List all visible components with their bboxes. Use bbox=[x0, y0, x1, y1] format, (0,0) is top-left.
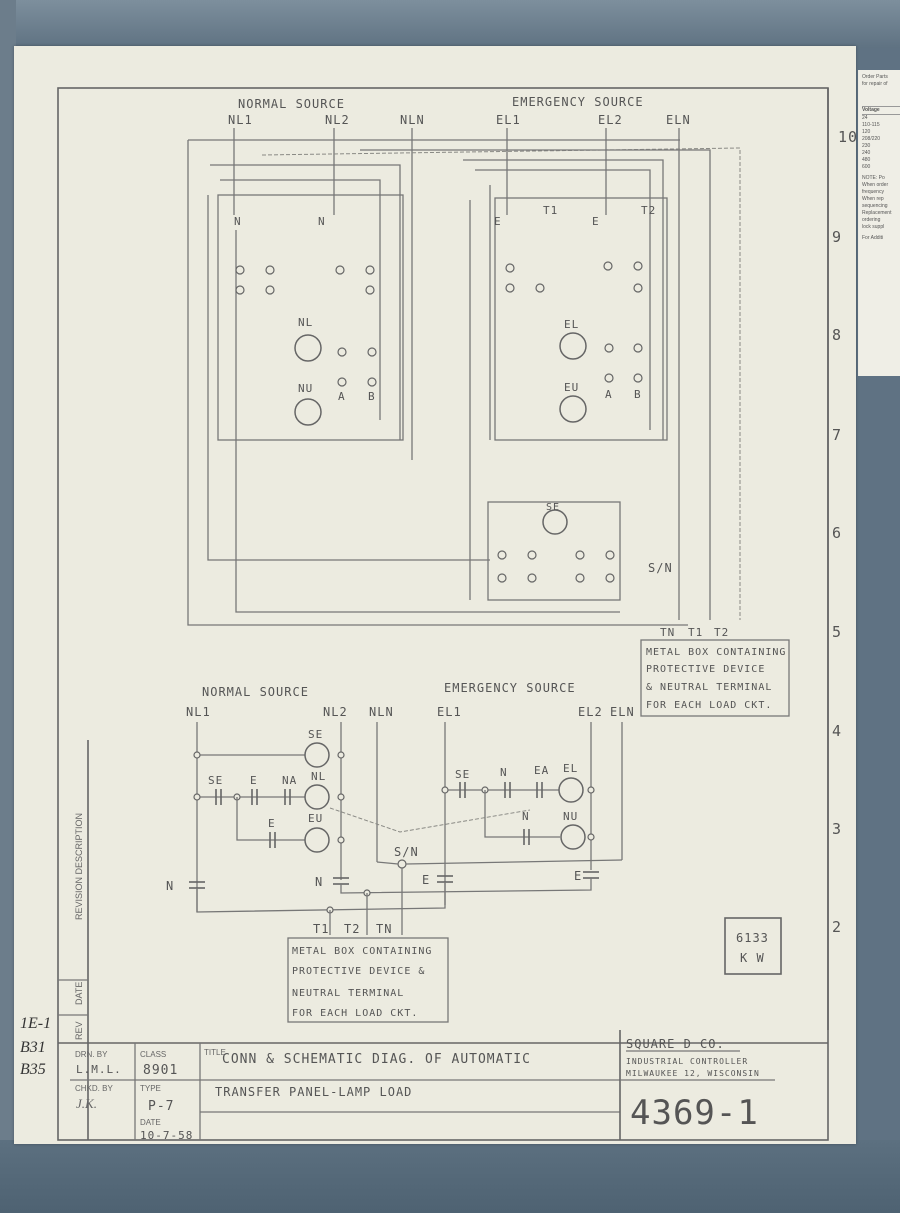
diagram-label: EA bbox=[534, 764, 549, 777]
diagram-label: EU bbox=[308, 812, 323, 825]
diagram-label: MILWAUKEE 12, WISCONSIN bbox=[626, 1069, 760, 1078]
diagram-label: PROTECTIVE DEVICE bbox=[646, 664, 765, 675]
diagram-label: J.K. bbox=[76, 1096, 97, 1111]
diagram-label: T1 bbox=[313, 922, 329, 936]
diagram-label: METAL BOX CONTAINING bbox=[646, 647, 786, 658]
diagram-label: EL1 bbox=[496, 113, 521, 127]
diagram-label: 10 bbox=[838, 128, 858, 146]
diagram-label: T2 bbox=[714, 626, 729, 639]
diagram-label: NL bbox=[311, 770, 326, 783]
diagram-label: PROTECTIVE DEVICE & bbox=[292, 966, 425, 977]
diagram-label: SE bbox=[308, 728, 323, 741]
schematic-diagram: NORMAL SOURCE EMERGENCY SOURCE NL1 NL2 N… bbox=[166, 681, 635, 1022]
diagram-label: METAL BOX CONTAINING bbox=[292, 946, 432, 957]
diagram-label: T2 bbox=[641, 204, 656, 217]
diagram-label: EL2 bbox=[578, 705, 603, 719]
coil-se bbox=[543, 510, 567, 534]
diagram-label: NL2 bbox=[325, 113, 350, 127]
diagram-label: & NEUTRAL TERMINAL bbox=[646, 682, 772, 693]
diagram-label: B35 bbox=[20, 1061, 46, 1078]
diagram-label: 10-7-58 bbox=[140, 1129, 193, 1142]
diagram-label: E bbox=[574, 869, 582, 883]
diagram-label: NL1 bbox=[186, 705, 211, 719]
coil-el bbox=[560, 333, 586, 359]
coil-eu bbox=[560, 396, 586, 422]
diagram-label: NEUTRAL TERMINAL bbox=[292, 988, 404, 999]
diagram-label: S/N bbox=[394, 845, 419, 859]
diagram-label: NORMAL SOURCE bbox=[238, 97, 345, 111]
diagram-label: NORMAL SOURCE bbox=[202, 685, 309, 699]
diagram-label: DATE bbox=[74, 982, 84, 1005]
diagram-label: SQUARE D CO. bbox=[626, 1037, 725, 1051]
diagram-label: NLN bbox=[369, 705, 394, 719]
diagram-label: SE bbox=[208, 774, 223, 787]
diagram-label: K W bbox=[740, 951, 765, 965]
diagram-label: REV bbox=[74, 1021, 84, 1040]
diagram-label: A bbox=[338, 390, 346, 403]
diagram-label: DRN. BY bbox=[75, 1050, 108, 1059]
diagram-label: E bbox=[422, 873, 430, 887]
diagram-label: A bbox=[605, 388, 613, 401]
diagram-label: E bbox=[494, 215, 502, 228]
diagram-label: B bbox=[368, 390, 376, 403]
schem-coil-nl bbox=[305, 785, 329, 809]
connection-diagram: NORMAL SOURCE EMERGENCY SOURCE NL1 NL2 N… bbox=[188, 95, 789, 716]
diagram-label: 7 bbox=[832, 426, 842, 444]
diagram-label: EMERGENCY SOURCE bbox=[512, 95, 644, 109]
diagram-label: N bbox=[318, 215, 326, 228]
grid-numbers: 10 9 8 7 6 5 4 3 2 bbox=[832, 128, 858, 936]
schem-coil-eu bbox=[305, 828, 329, 852]
diagram-label: S/N bbox=[648, 561, 673, 575]
wiring-diagram: 10 9 8 7 6 5 4 3 2 NORMAL SOURCE EMERGEN… bbox=[0, 0, 900, 1213]
diagram-label: CHKD. BY bbox=[75, 1084, 113, 1093]
diagram-label: FOR EACH LOAD CKT. bbox=[292, 1008, 418, 1019]
diagram-label: ELN bbox=[666, 113, 691, 127]
diagram-label: EL1 bbox=[437, 705, 462, 719]
schem-coil-nu bbox=[561, 825, 585, 849]
diagram-label: 8901 bbox=[143, 1063, 178, 1078]
diagram-label: P-7 bbox=[148, 1099, 174, 1114]
diagram-label: N bbox=[500, 766, 508, 779]
diagram-label: 5 bbox=[832, 623, 842, 641]
diagram-label: 6133 bbox=[736, 931, 769, 945]
diagram-label: N bbox=[315, 875, 323, 889]
diagram-label: EL2 bbox=[598, 113, 623, 127]
diagram-label: INDUSTRIAL CONTROLLER bbox=[626, 1057, 748, 1066]
diagram-label: TYPE bbox=[140, 1084, 161, 1093]
diagram-label: 8 bbox=[832, 326, 842, 344]
diagram-label: 6 bbox=[832, 524, 842, 542]
diagram-label: EMERGENCY SOURCE bbox=[444, 681, 576, 695]
diagram-label: B31 bbox=[20, 1039, 46, 1056]
drawing-border bbox=[58, 88, 828, 1140]
diagram-label: E bbox=[592, 215, 600, 228]
diagram-label: NU bbox=[298, 382, 313, 395]
diagram-label: 4 bbox=[832, 722, 842, 740]
diagram-label: L.M.L. bbox=[76, 1063, 122, 1076]
diagram-label: 4369-1 bbox=[630, 1093, 759, 1133]
diagram-label: EL bbox=[563, 762, 578, 775]
diagram-label: 2 bbox=[832, 918, 842, 936]
diagram-label: NL1 bbox=[228, 113, 253, 127]
diagram-label: N bbox=[522, 810, 530, 823]
diagram-label: E bbox=[268, 817, 276, 830]
diagram-label: TRANSFER PANEL-LAMP LOAD bbox=[215, 1085, 412, 1099]
diagram-label: NL bbox=[298, 316, 313, 329]
diagram-label: EU bbox=[564, 381, 579, 394]
schem-coil-el bbox=[559, 778, 583, 802]
diagram-label: T2 bbox=[344, 922, 360, 936]
coil-nl bbox=[295, 335, 321, 361]
diagram-label: ELN bbox=[610, 705, 635, 719]
diagram-label: SE bbox=[455, 768, 470, 781]
diagram-label: FOR EACH LOAD CKT. bbox=[646, 700, 772, 711]
diagram-label: N bbox=[166, 879, 174, 893]
diagram-label: DATE bbox=[140, 1118, 161, 1127]
title-block: DRN. BY L.M.L. CHKD. BY J.K. CLASS 8901 … bbox=[58, 1030, 828, 1142]
diagram-label: N bbox=[234, 215, 242, 228]
diagram-label: 1E-1 bbox=[20, 1015, 51, 1032]
diagram-label: NLN bbox=[400, 113, 425, 127]
inspection-stamp: 6133 K W bbox=[725, 918, 781, 974]
diagram-label: T1 bbox=[688, 626, 703, 639]
diagram-label: TN bbox=[660, 626, 675, 639]
diagram-label: NA bbox=[282, 774, 297, 787]
diagram-label: B bbox=[634, 388, 642, 401]
diagram-label: REVISION DESCRIPTION bbox=[74, 813, 84, 920]
diagram-label: TN bbox=[376, 922, 392, 936]
schem-coil-se bbox=[305, 743, 329, 767]
diagram-label: CONN & SCHEMATIC DIAG. OF AUTOMATIC bbox=[222, 1052, 531, 1067]
diagram-label: EL bbox=[564, 318, 579, 331]
diagram-label: NL2 bbox=[323, 705, 348, 719]
diagram-label: E bbox=[250, 774, 258, 787]
diagram-label: CLASS bbox=[140, 1050, 166, 1059]
diagram-label: SE bbox=[546, 502, 560, 513]
diagram-label: NU bbox=[563, 810, 578, 823]
diagram-label: 3 bbox=[832, 820, 842, 838]
coil-nu bbox=[295, 399, 321, 425]
diagram-label: 9 bbox=[832, 228, 842, 246]
diagram-label: T1 bbox=[543, 204, 558, 217]
